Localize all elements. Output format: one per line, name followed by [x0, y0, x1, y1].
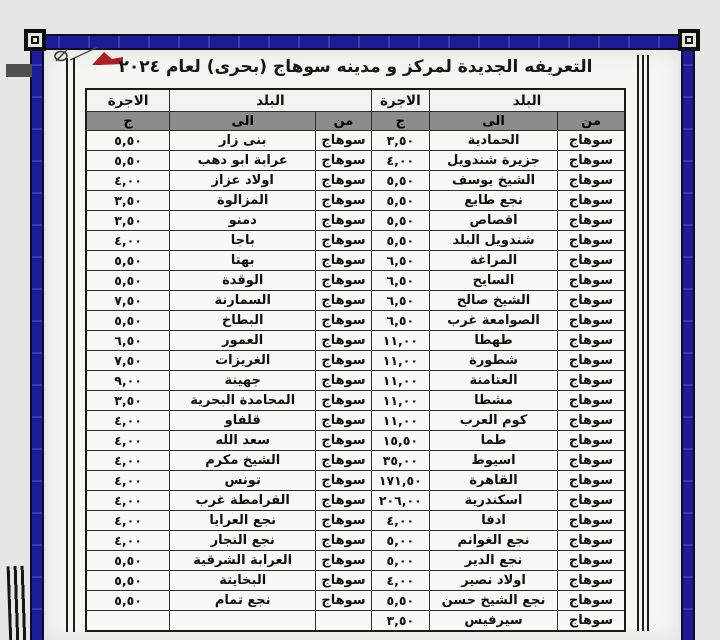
- cell-fare-right: ٤,٠٠: [371, 571, 429, 591]
- cell-to-left: القرامطة غرب: [170, 491, 316, 511]
- table-row: سوهاج السايح ٦,٥٠ سوهاج الوقدة ٥,٥٠: [86, 271, 625, 291]
- cell-to-right: القاهرة: [430, 471, 558, 491]
- table-row: سوهاج شطورة ١١,٠٠ سوهاج الغريزات ٧,٥٠: [86, 351, 625, 371]
- cell-fare-right: ٤,٠٠: [371, 511, 429, 531]
- cell-to-right: السايح: [430, 271, 558, 291]
- cell-from-left: سوهاج: [316, 391, 371, 411]
- cell-to-left: الوقدة: [170, 271, 316, 291]
- cell-to-left: البطاخ: [170, 311, 316, 331]
- cell-to-right: الحمادية: [430, 131, 558, 151]
- cell-from-left: سوهاج: [316, 551, 371, 571]
- cell-fare-left: ٤,٠٠: [86, 531, 170, 551]
- cell-from-right: سوهاج: [558, 271, 626, 291]
- cell-fare-right: ٥,٥٠: [371, 211, 429, 231]
- cell-from-right: سوهاج: [558, 451, 626, 471]
- table-row: سوهاج طما ١٥,٥٠ سوهاج سعد الله ٤,٠٠: [86, 431, 625, 451]
- cell-fare-right: ٥,٠٠: [371, 551, 429, 571]
- cell-fare-left: ٤,٠٠: [86, 491, 170, 511]
- bottom-left-rule-bars: [7, 566, 28, 640]
- cell-from-right: سوهاج: [558, 611, 626, 632]
- subheader-to-left: الى: [170, 112, 316, 131]
- cell-to-right: اولاد نصير: [430, 571, 558, 591]
- cell-to-left: المحامدة البحرية: [170, 391, 316, 411]
- cell-from-right: سوهاج: [558, 131, 626, 151]
- cell-fare-left: ٧,٥٠: [86, 351, 170, 371]
- cell-fare-left: ٥,٥٠: [86, 591, 170, 611]
- cell-from-left: سوهاج: [316, 191, 371, 211]
- table-row: سوهاج اسيوط ٣٥,٠٠ سوهاج الشيخ مكرم ٤,٠٠: [86, 451, 625, 471]
- fare-table-body: سوهاج الحمادية ٣,٥٠ سوهاج بنى زار ٥,٥٠ س…: [86, 131, 625, 632]
- cell-fare-left: ٥,٥٠: [86, 131, 170, 151]
- cell-to-left: بنى زار: [170, 131, 316, 151]
- table-header-row: البلد الاجرة البلد الاجرة: [86, 89, 625, 112]
- cell-from-right: سوهاج: [558, 391, 626, 411]
- cell-to-right: نجع الغوانم: [430, 531, 558, 551]
- cell-from-right: سوهاج: [558, 291, 626, 311]
- cell-fare-left: ٥,٥٠: [86, 571, 170, 591]
- cell-to-right: ادفا: [430, 511, 558, 531]
- cell-to-left: تونس: [170, 471, 316, 491]
- cell-from-right: سوهاج: [558, 491, 626, 511]
- cell-fare-right: ١١,٠٠: [371, 331, 429, 351]
- header-fare-left: الاجرة: [86, 89, 170, 112]
- header-fare-right: الاجرة: [371, 89, 429, 112]
- cell-from-right: سوهاج: [558, 511, 626, 531]
- cell-from-left: سوهاج: [316, 311, 371, 331]
- cell-fare-left: ٤,٠٠: [86, 511, 170, 531]
- table-row: سوهاج اسكندرية ٢٠٦,٠٠ سوهاج القرامطة غرب…: [86, 491, 625, 511]
- cell-to-left: قلفاو: [170, 411, 316, 431]
- table-row: سوهاج مشطا ١١,٠٠ سوهاج المحامدة البحرية …: [86, 391, 625, 411]
- fare-table: البلد الاجرة البلد الاجرة من الى ج من ال…: [85, 88, 626, 632]
- cell-to-left: البخايتة: [170, 571, 316, 591]
- cell-from-right: سوهاج: [558, 211, 626, 231]
- cell-to-left: جهينة: [170, 371, 316, 391]
- subheader-from-left: من: [316, 112, 371, 131]
- cell-from-left: سوهاج: [316, 151, 371, 171]
- cell-fare-right: ١٧١,٥٠: [371, 471, 429, 491]
- table-row: سوهاج نجع الشيخ حسن ٥,٥٠ سوهاج نجع تمام …: [86, 591, 625, 611]
- cell-fare-right: ٥,٥٠: [371, 171, 429, 191]
- cell-to-left: العرابة الشرقية: [170, 551, 316, 571]
- subheader-from-right: من: [558, 112, 626, 131]
- table-row: سوهاج الشيخ صالح ٦,٥٠ سوهاج السمارنة ٧,٥…: [86, 291, 625, 311]
- cell-fare-right: ١١,٠٠: [371, 371, 429, 391]
- border-corner-ornament-right: [678, 29, 700, 51]
- cell-to-right: مشطا: [430, 391, 558, 411]
- table-row: سوهاج شندويل البلد ٥,٥٠ سوهاج باجا ٤,٠٠: [86, 231, 625, 251]
- cell-to-left: الشيخ مكرم: [170, 451, 316, 471]
- cell-to-left: عرابة ابو دهب: [170, 151, 316, 171]
- table-row: سوهاج العتامنة ١١,٠٠ سوهاج جهينة ٩,٠٠: [86, 371, 625, 391]
- header-country-right: البلد: [430, 89, 625, 112]
- table-row: سوهاج الحمادية ٣,٥٠ سوهاج بنى زار ٥,٥٠: [86, 131, 625, 151]
- cell-from-left: سوهاج: [316, 571, 371, 591]
- cell-from-right: سوهاج: [558, 411, 626, 431]
- cell-fare-right: ١١,٠٠: [371, 351, 429, 371]
- cell-from-right: سوهاج: [558, 551, 626, 571]
- cell-fare-right: ٦,٥٠: [371, 291, 429, 311]
- cell-to-right: اسكندرية: [430, 491, 558, 511]
- cell-from-right: سوهاج: [558, 431, 626, 451]
- cell-fare-right: ١٥,٥٠: [371, 431, 429, 451]
- subheader-to-right: الى: [430, 112, 558, 131]
- cell-fare-left: ٤,٠٠: [86, 471, 170, 491]
- cell-from-right: سوهاج: [558, 351, 626, 371]
- cell-to-right: الشيخ صالح: [430, 291, 558, 311]
- cell-fare-left: ٦,٥٠: [86, 331, 170, 351]
- table-subheader-row: من الى ج من الى ج: [86, 112, 625, 131]
- cell-to-right: العتامنة: [430, 371, 558, 391]
- cell-fare-left: ٥,٥٠: [86, 271, 170, 291]
- cell-from-right: سوهاج: [558, 571, 626, 591]
- cell-from-left: سوهاج: [316, 531, 371, 551]
- scanned-page: التعريفه الجديدة لمركز و مدينه سوهاج (بح…: [0, 0, 720, 640]
- cell-from-left: سوهاج: [316, 131, 371, 151]
- cell-fare-right: ٥,٥٠: [371, 191, 429, 211]
- cell-fare-left: ٤,٠٠: [86, 431, 170, 451]
- cell-to-left: دمنو: [170, 211, 316, 231]
- cell-fare-left: ٥,٥٠: [86, 551, 170, 571]
- cell-to-left: العمور: [170, 331, 316, 351]
- cell-fare-right: ١١,٠٠: [371, 391, 429, 411]
- table-row: سوهاج جزيرة شندويل ٤,٠٠ سوهاج عرابة ابو …: [86, 151, 625, 171]
- table-row: سوهاج اولاد نصير ٤,٠٠ سوهاج البخايتة ٥,٥…: [86, 571, 625, 591]
- cell-from-left: سوهاج: [316, 251, 371, 271]
- cell-fare-right: ٦,٥٠: [371, 251, 429, 271]
- cell-fare-left: ٥,٥٠: [86, 251, 170, 271]
- cell-fare-right: ٤,٠٠: [371, 151, 429, 171]
- table-row: سوهاج نجع طايع ٥,٥٠ سوهاج المزالوة ٣,٥٠: [86, 191, 625, 211]
- border-corner-ornament-left: [24, 29, 46, 51]
- cell-from-left: سوهاج: [316, 351, 371, 371]
- cell-from-right: سوهاج: [558, 591, 626, 611]
- cell-to-left: بهتا: [170, 251, 316, 271]
- cell-fare-right: ٥,٥٠: [371, 231, 429, 251]
- table-row: سوهاج القاهرة ١٧١,٥٠ سوهاج تونس ٤,٠٠: [86, 471, 625, 491]
- cell-from-left: سوهاج: [316, 171, 371, 191]
- gray-tab-mark: [6, 64, 32, 77]
- page-border-left: [30, 34, 44, 640]
- cell-to-right: نجع الشيخ حسن: [430, 591, 558, 611]
- cell-to-right: طهطا: [430, 331, 558, 351]
- cell-from-left: سوهاج: [316, 511, 371, 531]
- cell-fare-right: ٣,٥٠: [371, 611, 429, 632]
- cell-from-left: سوهاج: [316, 291, 371, 311]
- cell-fare-left: ٥,٥٠: [86, 311, 170, 331]
- cell-to-left: اولاد عزاز: [170, 171, 316, 191]
- cell-from-left: سوهاج: [316, 271, 371, 291]
- cell-fare-left: ٧,٥٠: [86, 291, 170, 311]
- table-row: سوهاج طهطا ١١,٠٠ سوهاج العمور ٦,٥٠: [86, 331, 625, 351]
- cell-to-right: شندويل البلد: [430, 231, 558, 251]
- cell-to-left: المزالوة: [170, 191, 316, 211]
- cell-to-left: نجع العرايا: [170, 511, 316, 531]
- cell-to-right: سيرفيس: [430, 611, 558, 632]
- table-row: سوهاج ادفا ٤,٠٠ سوهاج نجع العرايا ٤,٠٠: [86, 511, 625, 531]
- table-row: سوهاج نجع الدير ٥,٠٠ سوهاج العرابة الشرق…: [86, 551, 625, 571]
- cell-fare-left: ٣,٥٠: [86, 391, 170, 411]
- cell-to-right: الشيخ يوسف: [430, 171, 558, 191]
- cell-from-left: سوهاج: [316, 211, 371, 231]
- cell-from-left: سوهاج: [316, 371, 371, 391]
- table-row: سوهاج كوم العرب ١١,٠٠ سوهاج قلفاو ٤,٠٠: [86, 411, 625, 431]
- cell-to-left: [170, 611, 316, 632]
- cell-from-left: سوهاج: [316, 331, 371, 351]
- cell-from-left: سوهاج: [316, 491, 371, 511]
- cell-to-left: نجع النجار: [170, 531, 316, 551]
- cell-from-left: سوهاج: [316, 231, 371, 251]
- cell-from-right: سوهاج: [558, 251, 626, 271]
- cell-fare-right: ٥,٠٠: [371, 531, 429, 551]
- cell-fare-right: ٣,٥٠: [371, 131, 429, 151]
- cell-from-left: سوهاج: [316, 451, 371, 471]
- cell-fare-left: ٤,٠٠: [86, 171, 170, 191]
- cell-from-left: سوهاج: [316, 591, 371, 611]
- cell-to-right: نجع الدير: [430, 551, 558, 571]
- page-border-top: [30, 34, 694, 50]
- cell-from-right: سوهاج: [558, 311, 626, 331]
- cell-fare-right: ٣٥,٠٠: [371, 451, 429, 471]
- cell-to-left: نجع تمام: [170, 591, 316, 611]
- cell-fare-left: ٥,٥٠: [86, 151, 170, 171]
- cell-fare-left: ٣,٥٠: [86, 211, 170, 231]
- cell-from-right: سوهاج: [558, 531, 626, 551]
- table-row: سوهاج المراغة ٦,٥٠ سوهاج بهتا ٥,٥٠: [86, 251, 625, 271]
- cell-to-right: اسيوط: [430, 451, 558, 471]
- cell-fare-right: ٦,٥٠: [371, 311, 429, 331]
- cell-from-right: سوهاج: [558, 191, 626, 211]
- cell-fare-right: ١١,٠٠: [371, 411, 429, 431]
- table-row: سوهاج سيرفيس ٣,٥٠: [86, 611, 625, 632]
- cell-fare-right: ٥,٥٠: [371, 591, 429, 611]
- cell-fare-right: ٦,٥٠: [371, 271, 429, 291]
- table-row: سوهاج الصوامعة غرب ٦,٥٠ سوهاج البطاخ ٥,٥…: [86, 311, 625, 331]
- cell-from-right: سوهاج: [558, 151, 626, 171]
- cell-to-right: كوم العرب: [430, 411, 558, 431]
- cell-fare-left: ٤,٠٠: [86, 451, 170, 471]
- cell-from-right: سوهاج: [558, 231, 626, 251]
- cell-from-left: سوهاج: [316, 431, 371, 451]
- cell-fare-right: ٢٠٦,٠٠: [371, 491, 429, 511]
- right-rule-bars: [637, 55, 650, 631]
- cell-to-right: طما: [430, 431, 558, 451]
- cell-from-left: سوهاج: [316, 471, 371, 491]
- cell-to-left: الغريزات: [170, 351, 316, 371]
- cell-fare-left: ٩,٠٠: [86, 371, 170, 391]
- cell-from-right: سوهاج: [558, 171, 626, 191]
- cell-to-right: اقصاص: [430, 211, 558, 231]
- cell-from-right: سوهاج: [558, 331, 626, 351]
- left-rule-bars: [66, 58, 75, 632]
- subheader-currency-left: ج: [86, 112, 170, 131]
- page-border-right: [681, 34, 695, 640]
- cell-fare-left: ٣,٥٠: [86, 191, 170, 211]
- cell-to-right: المراغة: [430, 251, 558, 271]
- table-row: سوهاج اقصاص ٥,٥٠ سوهاج دمنو ٣,٥٠: [86, 211, 625, 231]
- header-country-left: البلد: [170, 89, 371, 112]
- table-row: سوهاج نجع الغوانم ٥,٠٠ سوهاج نجع النجار …: [86, 531, 625, 551]
- cell-to-right: الصوامعة غرب: [430, 311, 558, 331]
- subheader-currency-right: ج: [371, 112, 429, 131]
- cell-to-right: شطورة: [430, 351, 558, 371]
- cell-to-right: نجع طايع: [430, 191, 558, 211]
- cell-to-left: سعد الله: [170, 431, 316, 451]
- cell-fare-left: ٤,٠٠: [86, 231, 170, 251]
- table-row: سوهاج الشيخ يوسف ٥,٥٠ سوهاج اولاد عزاز ٤…: [86, 171, 625, 191]
- cell-to-left: باجا: [170, 231, 316, 251]
- cell-to-left: السمارنة: [170, 291, 316, 311]
- cell-fare-left: ٤,٠٠: [86, 411, 170, 431]
- page-title: التعريفه الجديدة لمركز و مدينه سوهاج (بح…: [85, 57, 626, 77]
- cell-to-right: جزيرة شندويل: [430, 151, 558, 171]
- cell-from-left: سوهاج: [316, 411, 371, 431]
- cell-from-right: سوهاج: [558, 371, 626, 391]
- cell-from-left: [316, 611, 371, 632]
- cell-from-right: سوهاج: [558, 471, 626, 491]
- cell-fare-left: [86, 611, 170, 632]
